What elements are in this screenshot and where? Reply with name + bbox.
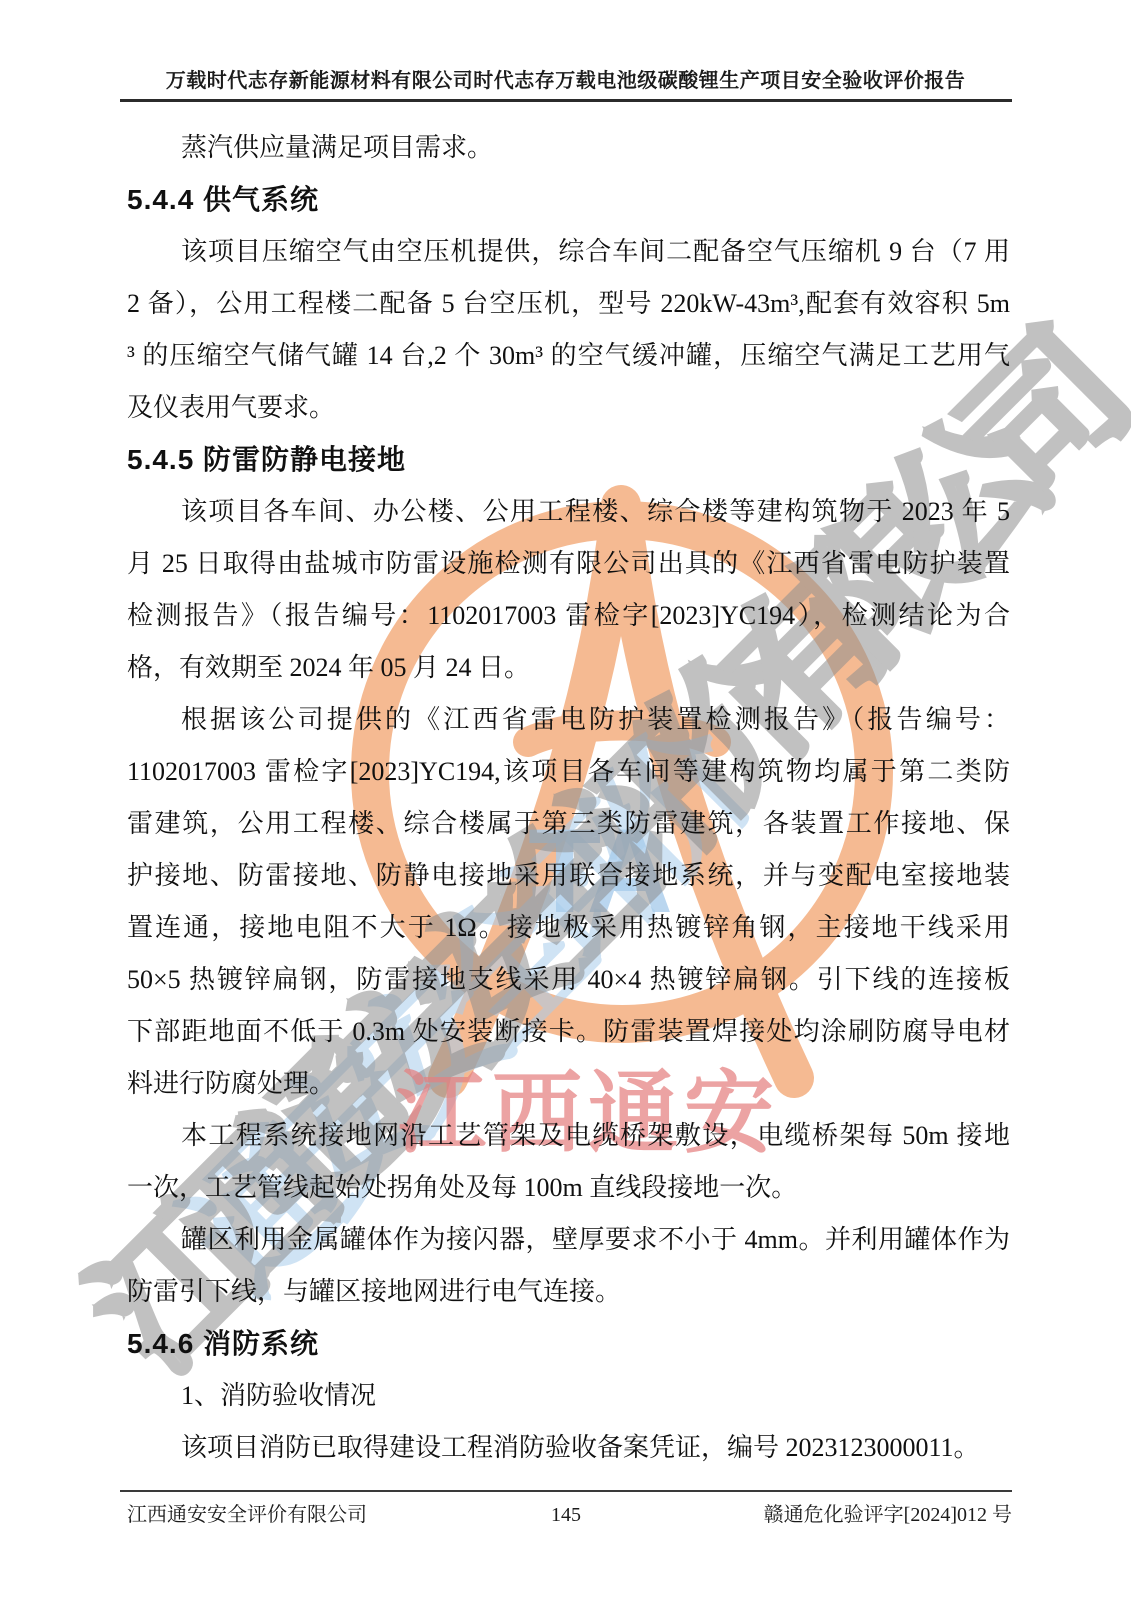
- body-text-line: 一次，工艺管线起始处拐角处及每 100m 直线段接地一次。: [127, 1162, 1010, 1214]
- body-text-line: 该项目各车间、办公楼、公用工程楼、综合楼等建构筑物于 2023 年 5: [127, 486, 1010, 538]
- document-page: TA 通安安全评价 江西通安安全评价有限公司 江西通安 万载时代志存新能源材料有…: [0, 0, 1131, 1600]
- body-text-line: 月 25 日取得由盐城市防雷设施检测有限公司出具的《江西省雷电防护装置: [127, 538, 1010, 590]
- section-heading: 5.4.5 防雷防静电接地: [127, 434, 1010, 486]
- body-text-line: 本工程系统接地网沿工艺管架及电缆桥架敷设，电缆桥架每 50m 接地: [127, 1110, 1010, 1162]
- page-footer: 江西通安安全评价有限公司 145 赣通危化验评字[2024]012 号: [120, 1498, 1012, 1532]
- body-text-line: 该项目压缩空气由空压机提供，综合车间二配备空气压缩机 9 台（7 用: [127, 226, 1010, 278]
- body-text-line: 雷建筑，公用工程楼、综合楼属于第三类防雷建筑，各装置工作接地、保: [127, 798, 1010, 850]
- body-text-line: 下部距地面不低于 0.3m 处安装断接卡。防雷装置焊接处均涂刷防腐导电材: [127, 1006, 1010, 1058]
- body-text-line: 1102017003 雷检字[2023]YC194,该项目各车间等建构筑物均属于…: [127, 746, 1010, 798]
- body-text-line: 置连通，接地电阻不大于 1Ω。接地极采用热镀锌角钢，主接地干线采用: [127, 902, 1010, 954]
- footer-document-number: 赣通危化验评字[2024]012 号: [764, 1498, 1012, 1532]
- section-heading: 5.4.6 消防系统: [127, 1318, 1010, 1370]
- page-header-title: 万载时代志存新能源材料有限公司时代志存万载电池级碳酸锂生产项目安全验收评价报告: [0, 64, 1131, 93]
- body-text-line: 2 备），公用工程楼二配备 5 台空压机，型号 220kW-43m³,配套有效容…: [127, 278, 1010, 330]
- body-text-line: 根据该公司提供的《江西省雷电防护装置检测报告》（报告编号：: [127, 694, 1010, 746]
- body-text-line: 护接地、防雷接地、防静电接地采用联合接地系统，并与变配电室接地装: [127, 850, 1010, 902]
- body-text-line: 检测报告》（报告编号：1102017003 雷检字[2023]YC194），检测…: [127, 590, 1010, 642]
- section-heading: 5.4.4 供气系统: [127, 174, 1010, 226]
- body-text-line: 及仪表用气要求。: [127, 382, 1010, 434]
- body-text-line: 防雷引下线，与罐区接地网进行电气连接。: [127, 1266, 1010, 1318]
- body-text-line: 罐区利用金属罐体作为接闪器，壁厚要求不小于 4mm。并利用罐体作为: [127, 1214, 1010, 1266]
- document-content: 万载时代志存新能源材料有限公司时代志存万载电池级碳酸锂生产项目安全验收评价报告 …: [0, 0, 1131, 1600]
- body-text-line: 该项目消防已取得建设工程消防验收备案凭证，编号 2023123000011。: [127, 1422, 1010, 1474]
- body-text-line: ³ 的压缩空气储气罐 14 台,2 个 30m³ 的空气缓冲罐，压缩空气满足工艺…: [127, 330, 1010, 382]
- body-text-line: 料进行防腐处理。: [127, 1058, 1010, 1110]
- body-text-line: 1、消防验收情况: [127, 1370, 1010, 1422]
- header-rule: [120, 99, 1012, 102]
- body-text-line: 50×5 热镀锌扁钢，防雷接地支线采用 40×4 热镀锌扁钢。引下线的连接板: [127, 954, 1010, 1006]
- body-text-line: 蒸汽供应量满足项目需求。: [127, 122, 1010, 174]
- body-text-line: 格，有效期至 2024 年 05 月 24 日。: [127, 642, 1010, 694]
- footer-rule: [120, 1490, 1012, 1492]
